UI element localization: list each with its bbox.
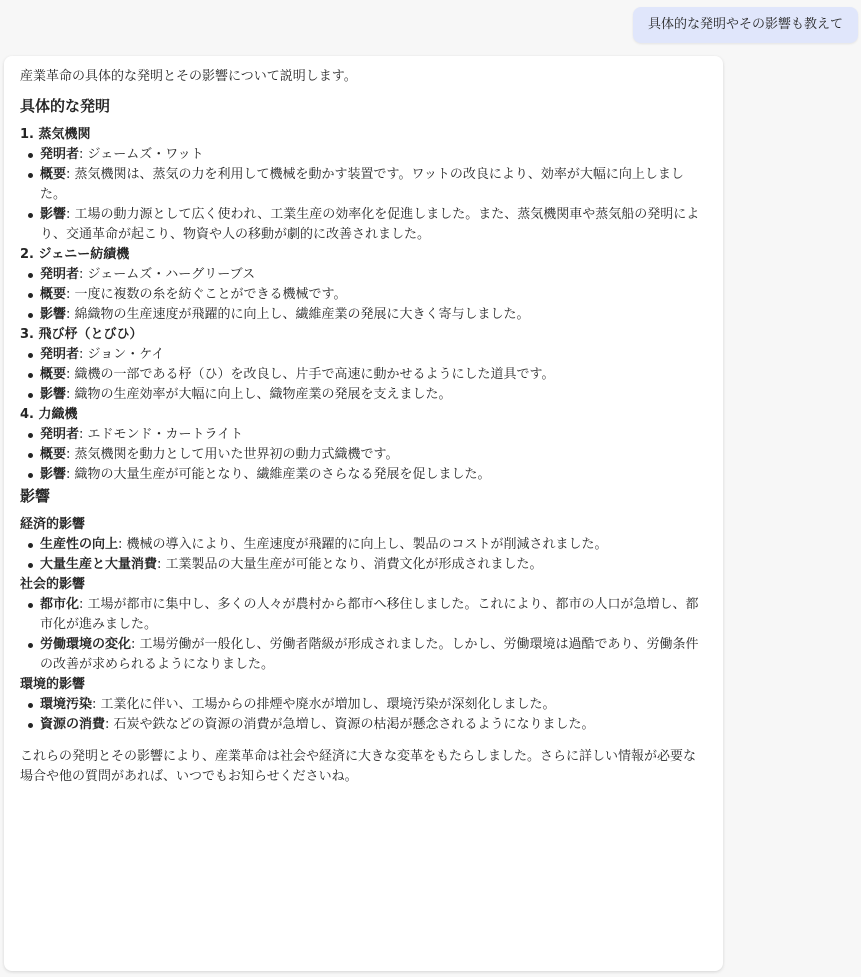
item-text: : 織物の大量生産が可能となり、繊維産業のさらなる発展を促しました。 (66, 467, 491, 482)
assistant-response-card: 産業革命の具体的な発明とその影響について説明します。 具体的な発明 1. 蒸気機… (4, 56, 723, 971)
item-text: : 一度に複数の糸を紡ぐことができる機械です。 (66, 287, 346, 302)
invention-title: 4. 力織機 (20, 405, 707, 425)
list-item: 発明者: ジェームズ・ワット (40, 145, 707, 165)
item-text: : エドモンド・カートライト (79, 427, 243, 442)
invention-detail-list: 発明者: ジェームズ・ハーグリーブス 概要: 一度に複数の糸を紡ぐことができる機… (20, 265, 707, 325)
list-item: 発明者: エドモンド・カートライト (40, 425, 707, 445)
impacts-heading: 影響 (20, 485, 707, 507)
item-label: 概要 (40, 287, 66, 302)
item-label: 発明者 (40, 147, 79, 162)
list-item: 概要: 織機の一部である杼（ひ）を改良し、片手で高速に動かせるようにした道具です… (40, 365, 707, 385)
impact-title: 社会的影響 (20, 575, 707, 595)
item-label: 生産性の向上 (40, 537, 118, 552)
item-label: 都市化 (40, 597, 79, 612)
item-label: 概要 (40, 447, 66, 462)
list-item: 労働環境の変化: 工場労働が一般化し、労働者階級が形成されました。しかし、労働環… (40, 635, 707, 675)
item-text: : 工業化に伴い、工場からの排煙や廃水が増加し、環境汚染が深刻化しました。 (92, 697, 556, 712)
item-text: : 工場労働が一般化し、労働者階級が形成されました。しかし、労働環境は過酷であり… (40, 637, 699, 672)
item-text: : ジョン・ケイ (79, 347, 164, 362)
invention-detail-list: 発明者: ジョン・ケイ 概要: 織機の一部である杼（ひ）を改良し、片手で高速に動… (20, 345, 707, 405)
list-item: 環境汚染: 工業化に伴い、工場からの排煙や廃水が増加し、環境汚染が深刻化しました… (40, 695, 707, 715)
item-text: : 工場の動力源として広く使われ、工業生産の効率化を促進しました。また、蒸気機関… (40, 207, 699, 242)
list-item: 生産性の向上: 機械の導入により、生産速度が飛躍的に向上し、製品のコストが削減さ… (40, 535, 707, 555)
user-message-text: 具体的な発明やその影響も教えて (648, 17, 843, 32)
item-text: : ジェームズ・ハーグリーブス (79, 267, 255, 282)
item-label: 概要 (40, 167, 66, 182)
impact-detail-list: 都市化: 工場が都市に集中し、多くの人々が農村から都市へ移住しました。これにより… (20, 595, 707, 675)
inventions-heading: 具体的な発明 (20, 95, 707, 117)
item-label: 大量生産と大量消費 (40, 557, 157, 572)
response-intro: 産業革命の具体的な発明とその影響について説明します。 (20, 67, 707, 87)
list-item: 大量生産と大量消費: 工業製品の大量生産が可能となり、消費文化が形成されました。 (40, 555, 707, 575)
list-item: 発明者: ジョン・ケイ (40, 345, 707, 365)
list-item: 都市化: 工場が都市に集中し、多くの人々が農村から都市へ移住しました。これにより… (40, 595, 707, 635)
list-item: 概要: 蒸気機関は、蒸気の力を利用して機械を動かす装置です。ワットの改良により、… (40, 165, 707, 205)
impact-title: 経済的影響 (20, 515, 707, 535)
item-label: 概要 (40, 367, 66, 382)
invention-detail-list: 発明者: ジェームズ・ワット 概要: 蒸気機関は、蒸気の力を利用して機械を動かす… (20, 145, 707, 245)
user-message-bubble: 具体的な発明やその影響も教えて (633, 7, 858, 43)
invention-detail-list: 発明者: エドモンド・カートライト 概要: 蒸気機関を動力として用いた世界初の動… (20, 425, 707, 485)
item-text: : 石炭や鉄などの資源の消費が急増し、資源の枯渇が懸念されるようになりました。 (105, 717, 595, 732)
item-label: 発明者 (40, 427, 79, 442)
item-label: 労働環境の変化 (40, 637, 131, 652)
invention-title: 2. ジェニー紡績機 (20, 245, 707, 265)
list-item: 影響: 綿織物の生産速度が飛躍的に向上し、繊維産業の発展に大きく寄与しました。 (40, 305, 707, 325)
item-text: : 織機の一部である杼（ひ）を改良し、片手で高速に動かせるようにした道具です。 (66, 367, 554, 382)
invention-title: 3. 飛び杼（とびひ） (20, 325, 707, 345)
item-text: : ジェームズ・ワット (79, 147, 204, 162)
list-item: 影響: 織物の大量生産が可能となり、繊維産業のさらなる発展を促しました。 (40, 465, 707, 485)
item-text: : 工場が都市に集中し、多くの人々が農村から都市へ移住しました。これにより、都市… (40, 597, 699, 632)
impact-title: 環境的影響 (20, 675, 707, 695)
item-label: 影響 (40, 207, 66, 222)
list-item: 資源の消費: 石炭や鉄などの資源の消費が急増し、資源の枯渇が懸念されるようになり… (40, 715, 707, 735)
item-label: 影響 (40, 467, 66, 482)
list-item: 概要: 蒸気機関を動力として用いた世界初の動力式織機です。 (40, 445, 707, 465)
item-label: 環境汚染 (40, 697, 92, 712)
item-label: 影響 (40, 387, 66, 402)
item-label: 資源の消費 (40, 717, 105, 732)
item-label: 発明者 (40, 267, 79, 282)
response-outro: これらの発明とその影響により、産業革命は社会や経済に大きな変革をもたらしました。… (20, 747, 707, 787)
item-text: : 機械の導入により、生産速度が飛躍的に向上し、製品のコストが削減されました。 (118, 537, 608, 552)
list-item: 影響: 工場の動力源として広く使われ、工業生産の効率化を促進しました。また、蒸気… (40, 205, 707, 245)
impact-detail-list: 生産性の向上: 機械の導入により、生産速度が飛躍的に向上し、製品のコストが削減さ… (20, 535, 707, 575)
list-item: 概要: 一度に複数の糸を紡ぐことができる機械です。 (40, 285, 707, 305)
item-text: : 蒸気機関を動力として用いた世界初の動力式織機です。 (66, 447, 398, 462)
list-item: 影響: 織物の生産効率が大幅に向上し、織物産業の発展を支えました。 (40, 385, 707, 405)
list-item: 発明者: ジェームズ・ハーグリーブス (40, 265, 707, 285)
invention-title: 1. 蒸気機関 (20, 125, 707, 145)
item-text: : 織物の生産効率が大幅に向上し、織物産業の発展を支えました。 (66, 387, 452, 402)
item-label: 影響 (40, 307, 66, 322)
item-text: : 工業製品の大量生産が可能となり、消費文化が形成されました。 (157, 557, 543, 572)
item-text: : 蒸気機関は、蒸気の力を利用して機械を動かす装置です。ワットの改良により、効率… (40, 167, 684, 202)
item-text: : 綿織物の生産速度が飛躍的に向上し、繊維産業の発展に大きく寄与しました。 (66, 307, 530, 322)
item-label: 発明者 (40, 347, 79, 362)
impact-detail-list: 環境汚染: 工業化に伴い、工場からの排煙や廃水が増加し、環境汚染が深刻化しました… (20, 695, 707, 735)
